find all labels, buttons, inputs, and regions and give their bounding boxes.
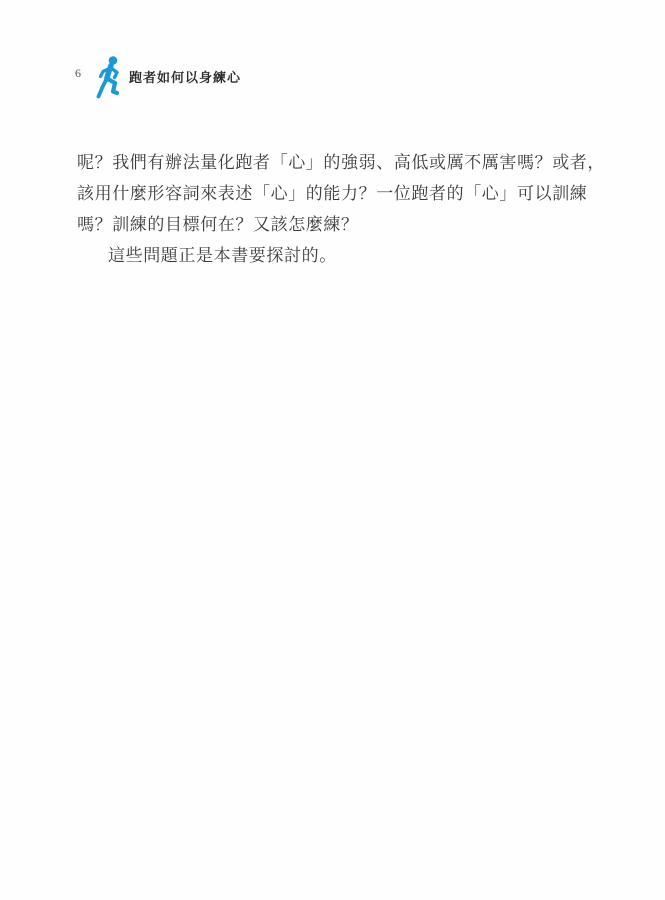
running-head: 6 跑者如何以身練心 bbox=[0, 0, 665, 110]
body-line: 該用什麼形容詞來表述「心」的能力？一位跑者的「心」可以訓練 bbox=[77, 178, 592, 209]
runner-icon bbox=[96, 55, 123, 100]
body-line: 呢？我們有辦法量化跑者「心」的強弱、高低或厲不厲害嗎？或者， bbox=[77, 147, 592, 178]
body-text-block: 呢？我們有辦法量化跑者「心」的強弱、高低或厲不厲害嗎？或者， 該用什麼形容詞來表… bbox=[77, 147, 592, 271]
book-page: 6 跑者如何以身練心 呢？我們有辦法量化跑者「心」的強弱、高低或厲不厲害嗎？或者… bbox=[0, 0, 665, 900]
body-line: 這些問題正是本書要探討的。 bbox=[77, 240, 592, 271]
body-line: 嗎？訓練的目標何在？又該怎麼練？ bbox=[77, 209, 592, 240]
page-number: 6 bbox=[75, 66, 82, 81]
header-book-title: 跑者如何以身練心 bbox=[129, 67, 241, 86]
